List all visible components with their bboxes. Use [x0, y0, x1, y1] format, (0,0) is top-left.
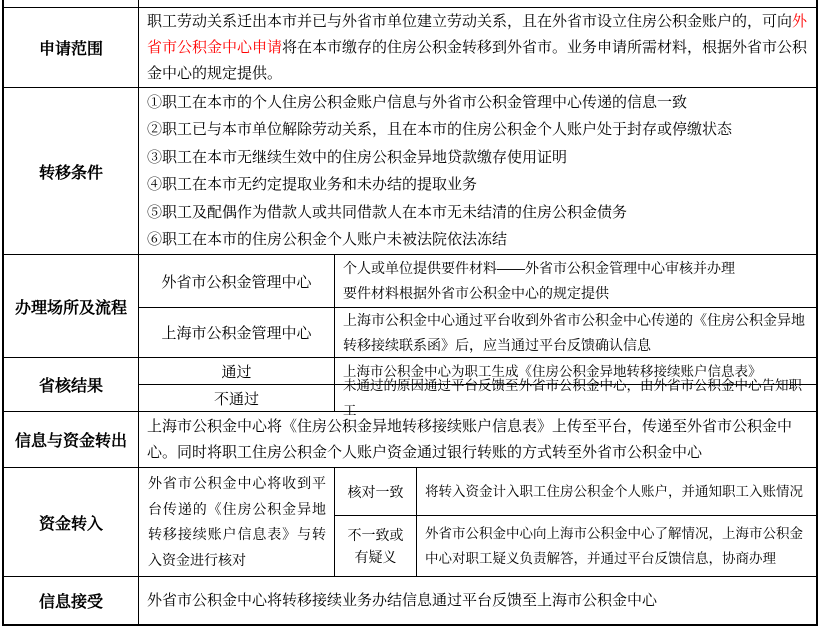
- condition-item-6: ⑥职工在本市的住房公积金个人账户未被法院依法冻结: [147, 226, 812, 254]
- row-header-process-locations: 办理场所及流程: [4, 255, 139, 357]
- process-subrow-shanghai-center: 上海市公积金管理中心 上海市公积金中心通过平台收到外省市公积金中心传递的《住房公…: [139, 308, 816, 357]
- check-match-label: 核对一致: [335, 468, 417, 515]
- top-sliver-header-cell: [4, 0, 139, 7]
- funds-transfer-in-check-paragraph: 外省市公积金中心将收到平台传递的《住房公积金异地转移接续账户信息表》与转入资金进…: [148, 471, 326, 573]
- review-result-subtable: 通过 上海市公积金中心为职工生成《住房公积金异地转移接续账户信息表》 不通过 未…: [139, 358, 816, 411]
- top-sliver-content-cell: [139, 0, 816, 7]
- review-result-not-passed-label: 不通过: [139, 385, 335, 411]
- check-mismatch-label: 不一致或有疑义: [335, 516, 417, 576]
- info-funds-transfer-out-paragraph: 上海市公积金中心将《住房公积金异地转移接续账户信息表》上传至平台，传递至外省市公…: [147, 414, 812, 466]
- row-review-result: 省核结果 通过 上海市公积金中心为职工生成《住房公积金异地转移接续账户信息表》 …: [4, 358, 816, 412]
- review-result-passed-label: 通过: [139, 358, 335, 384]
- process-other-province-line-1: 个人或单位提供要件材料——外省市公积金管理中心审核并办理: [343, 256, 812, 281]
- review-not-passed-text: 未通过的原因通过平台反馈至外省市公积金中心，由外省市公积金中心告知职工: [335, 385, 816, 411]
- row-header-review-result: 省核结果: [4, 358, 139, 411]
- transfer-conditions-list: ①职工在本市的个人住房公积金账户信息与外省市公积金管理中心传递的信息一致 ②职工…: [139, 88, 816, 254]
- process-shanghai-text: 上海市公积金中心通过平台收到外省市公积金中心传递的《住房公积金异地转移接续联系函…: [335, 308, 816, 357]
- row-process-locations: 办理场所及流程 外省市公积金管理中心 个人或单位提供要件材料——外省市公积金管理…: [4, 255, 816, 358]
- check-match-text: 将转入资金计入职工住房公积金个人账户，并通知职工入账情况: [417, 468, 816, 515]
- condition-item-5: ⑤职工及配偶作为借款人或共同借款人在本市无未结清的住房公积金债务: [147, 199, 812, 227]
- info-receipt-paragraph: 外省市公积金中心将转移接续业务办结信息通过平台反馈至上海市公积金中心: [147, 588, 812, 614]
- process-other-province-text: 个人或单位提供要件材料——外省市公积金管理中心审核并办理 要件材料根据外省市公积…: [335, 255, 816, 307]
- application-scope-paragraph: 职工劳动关系迁出本市并已与外省市单位建立劳动关系，且在外省市设立住房公积金账户的…: [147, 9, 812, 87]
- condition-item-3: ③职工在本市无继续生效中的住房公积金异地贷款缴存使用证明: [147, 144, 812, 172]
- row-funds-transfer-in: 资金转入 外省市公积金中心将收到平台传递的《住房公积金异地转移接续账户信息表》与…: [4, 468, 816, 577]
- check-match-line: 将转入资金计入职工住房公积金个人账户，并通知职工入账情况: [425, 479, 812, 504]
- row-info-funds-transfer-out: 信息与资金转出 上海市公积金中心将《住房公积金异地转移接续账户信息表》上传至平台…: [4, 412, 816, 468]
- process-shanghai-line: 上海市公积金中心通过平台收到外省市公积金中心传递的《住房公积金异地转移接续联系函…: [343, 308, 812, 358]
- info-funds-transfer-out-text: 上海市公积金中心将《住房公积金异地转移接续账户信息表》上传至平台，传递至外省市公…: [139, 412, 816, 467]
- condition-item-2: ②职工已与本市单位解除劳动关系，且在本市的住房公积金个人账户处于封存或停缴状态: [147, 116, 812, 144]
- process-subrow-other-province: 外省市公积金管理中心 个人或单位提供要件材料——外省市公积金管理中心审核并办理 …: [139, 255, 816, 308]
- transfer-in-subrow-match: 核对一致 将转入资金计入职工住房公积金个人账户，并通知职工入账情况: [335, 468, 816, 516]
- check-mismatch-line: 外省市公积金中心向上海市公积金中心了解情况，上海市公积金中心对职工疑义负责解答，…: [425, 521, 812, 571]
- place-other-province-center: 外省市公积金管理中心: [139, 255, 335, 307]
- row-info-receipt: 信息接受 外省市公积金中心将转移接续业务办结信息通过平台反馈至上海市公积金中心: [4, 577, 816, 624]
- place-shanghai-center: 上海市公积金管理中心: [139, 308, 335, 357]
- table-top-sliver-row: [4, 0, 816, 8]
- application-scope-text-cell: 职工劳动关系迁出本市并已与外省市单位建立劳动关系，且在外省市设立住房公积金账户的…: [139, 8, 816, 87]
- row-header-info-funds-transfer-out: 信息与资金转出: [4, 412, 139, 467]
- transfer-in-subrow-mismatch: 不一致或有疑义 外省市公积金中心向上海市公积金中心了解情况，上海市公积金中心对职…: [335, 516, 816, 576]
- process-other-province-line-2: 要件材料根据外省市公积金中心的规定提供: [343, 281, 812, 306]
- scope-text-before: 职工劳动关系迁出本市并已与外省市单位建立劳动关系，且在外省市设立住房公积金账户的…: [147, 13, 792, 30]
- condition-item-1: ①职工在本市的个人住房公积金账户信息与外省市公积金管理中心传递的信息一致: [147, 89, 812, 117]
- row-application-scope: 申请范围 职工劳动关系迁出本市并已与外省市单位建立劳动关系，且在外省市设立住房公…: [4, 8, 816, 88]
- fund-transfer-table: 申请范围 职工劳动关系迁出本市并已与外省市单位建立劳动关系，且在外省市设立住房公…: [2, 0, 818, 626]
- row-transfer-conditions: 转移条件 ①职工在本市的个人住房公积金账户信息与外省市公积金管理中心传递的信息一…: [4, 88, 816, 255]
- review-subrow-not-passed: 不通过 未通过的原因通过平台反馈至外省市公积金中心，由外省市公积金中心告知职工: [139, 385, 816, 411]
- row-header-transfer-conditions: 转移条件: [4, 88, 139, 254]
- condition-item-4: ④职工在本市无约定提取业务和未办结的提取业务: [147, 171, 812, 199]
- check-mismatch-text: 外省市公积金中心向上海市公积金中心了解情况，上海市公积金中心对职工疑义负责解答，…: [417, 516, 816, 576]
- process-locations-subtable: 外省市公积金管理中心 个人或单位提供要件材料——外省市公积金管理中心审核并办理 …: [139, 255, 816, 357]
- row-header-application-scope: 申请范围: [4, 8, 139, 87]
- funds-transfer-in-check-text: 外省市公积金中心将收到平台传递的《住房公积金异地转移接续账户信息表》与转入资金进…: [139, 468, 335, 576]
- row-header-funds-transfer-in: 资金转入: [4, 468, 139, 576]
- funds-transfer-in-subtable: 核对一致 将转入资金计入职工住房公积金个人账户，并通知职工入账情况 不一致或有疑…: [335, 468, 816, 576]
- info-receipt-text: 外省市公积金中心将转移接续业务办结信息通过平台反馈至上海市公积金中心: [139, 577, 816, 624]
- row-header-info-receipt: 信息接受: [4, 577, 139, 624]
